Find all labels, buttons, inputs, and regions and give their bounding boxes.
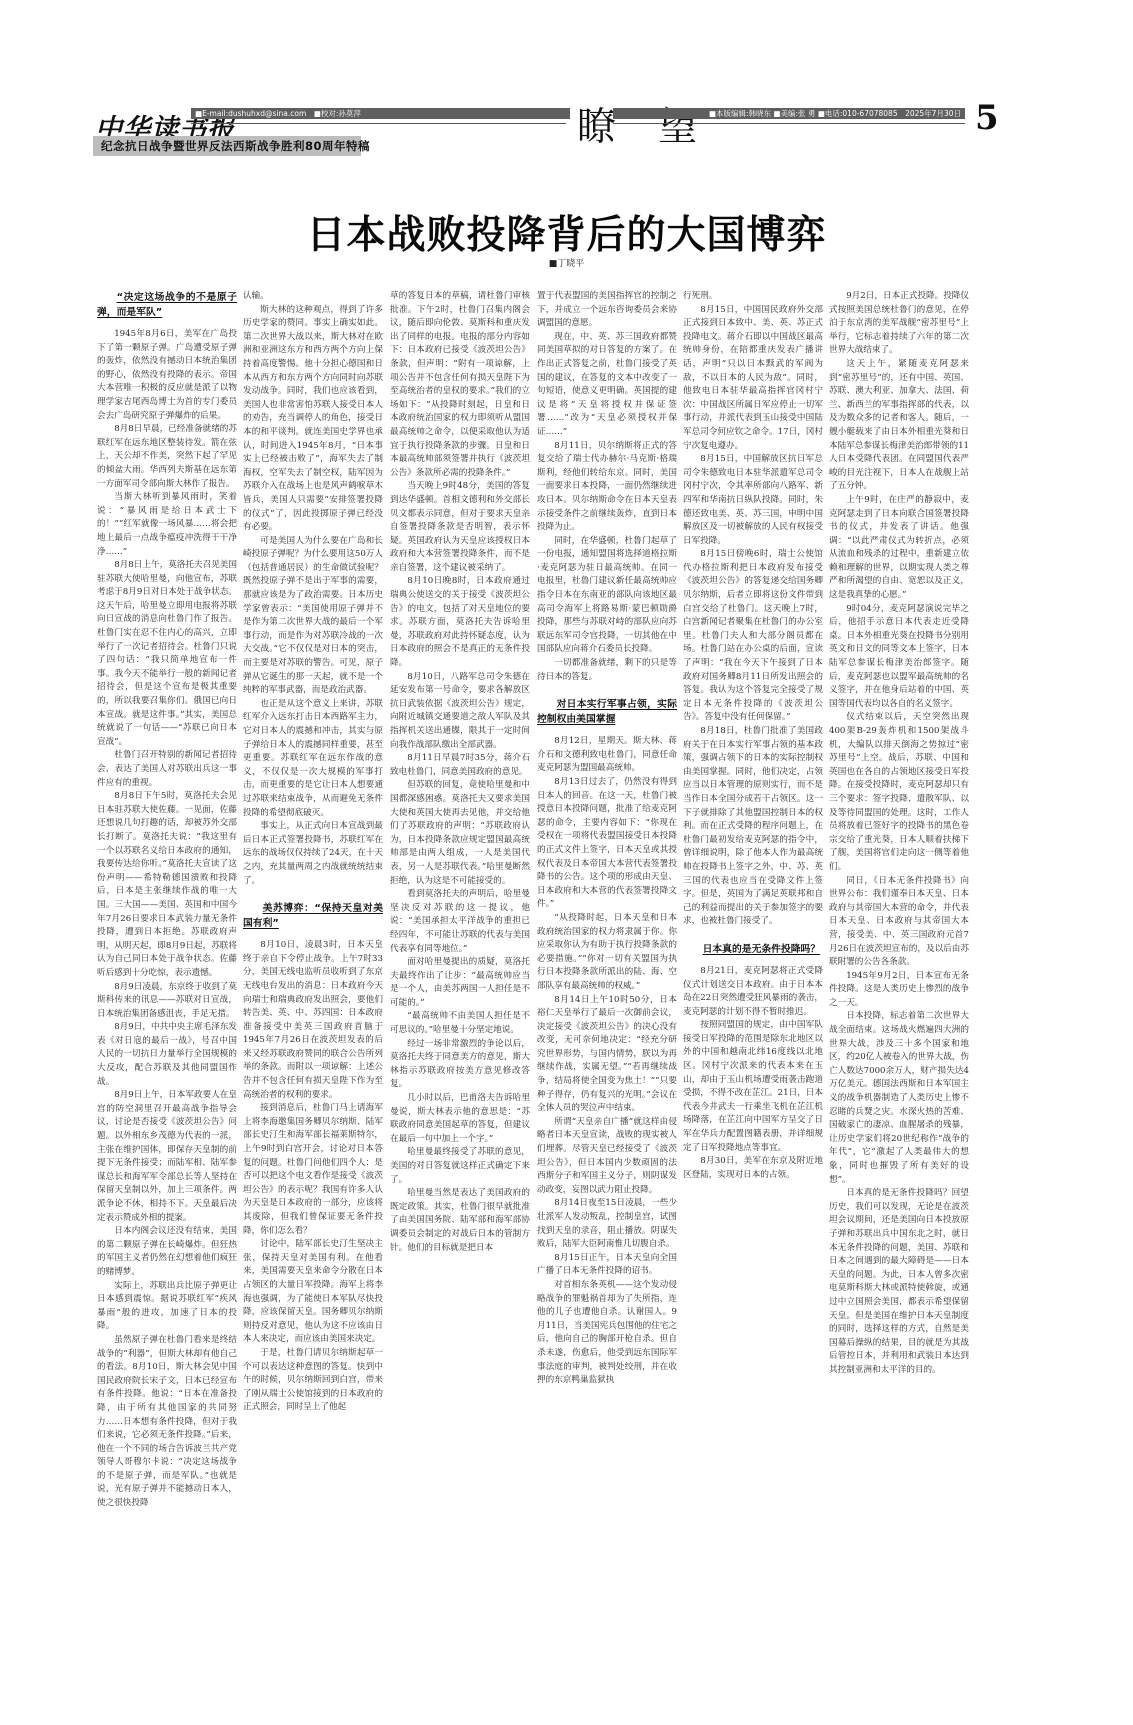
body-paragraph: 8月13日过去了，仍然没有得到日本人的回音。在这一天，杜鲁门被授意日本投降问题，… bbox=[537, 776, 677, 912]
body-paragraph: 认输。 bbox=[243, 290, 383, 304]
editor-bar: ■本版编辑:韩晓东 ■美编:张 勇 ■电话:010-67078085 2025年… bbox=[613, 108, 965, 119]
body-paragraph: 置于代表盟国的美国指挥官的控制之下，并成立一个远东咨询委员会来协调盟国的意愿。 bbox=[537, 290, 677, 331]
text-column-1: “决定这场战争的不是原子弹，而是军队”1945年8月6日，美军在广岛投下了第一颗… bbox=[97, 290, 237, 1620]
section-heading: 对日本实行军事占领，实际控制权由美国掌握 bbox=[537, 697, 677, 727]
body-paragraph: 哈里曼最终接受了苏联的意见，美国的对日答复就这样正式确定下来了。 bbox=[390, 1146, 530, 1187]
body-paragraph: 杜鲁门召开特别的新闻记者招待会，表达了美国人对苏联出兵这一事件应有的重视。 bbox=[97, 749, 237, 790]
section-heading: 美苏博弈：“保持天皇对美国有利” bbox=[243, 901, 383, 931]
text-column-6: 9月2日，日本正式投降。投降仪式按照美国总统杜鲁门的意见，在停泊于东京湾的美军战… bbox=[829, 290, 969, 1620]
body-paragraph: 8月9日上午，日本军政要人在皇宫的防空洞里召开最高战争指导会议，讨论是否接受《波… bbox=[97, 1089, 237, 1225]
body-paragraph: 对首相东条英机——这个发动侵略战争的罪魁祸首却为了失所指，连他的儿子也遭他自杀。… bbox=[537, 1279, 677, 1388]
body-paragraph: 9月2日，日本正式投降。投降仪式按照美国总统杜鲁门的意见，在停泊于东京湾的美军战… bbox=[829, 290, 969, 358]
contact-bar: ■E-mail:dushuhxd@sina.com ■校对:孙莫萍 bbox=[191, 108, 570, 119]
body-paragraph: 一切都准备就绪，剩下的只是等待日本的答复。 bbox=[537, 657, 677, 684]
text-column-3: 草的答复日本的草稿，请杜鲁门审核批准。下午2时，杜鲁门召集内阁会议，随后即向伦敦… bbox=[390, 290, 530, 1620]
body-paragraph: 日本真的是无条件投降吗？回望历史，我们可以发现，无论是在波茨坦会议期间，还是美国… bbox=[829, 1187, 969, 1377]
body-paragraph: 8月15日，中国解放区抗日军总司令朱德致电日本驻华派遣军总司令冈村宁次，令其率所… bbox=[683, 453, 823, 548]
body-paragraph: 当斯大林听到暴风雨时，笑着说：“暴风雨是给日本武士下的！”“红军就像一场风暴……… bbox=[97, 491, 237, 559]
section-heading: 日本真的是无条件投降吗？ bbox=[683, 942, 823, 957]
body-paragraph: 8月30日，美军在东京及附近地区登陆，实现对日本的占领。 bbox=[683, 1155, 823, 1182]
body-paragraph: 8月8日上午，莫洛托夫召见美国驻苏联大使哈里曼，向他宣布，苏联考虑于8月9日对日… bbox=[97, 559, 237, 749]
body-paragraph: 讨论中，陆军部长史汀生坚决主张，保持天皇对美国有利。在他看来，美国需要天皇来命令… bbox=[243, 1238, 383, 1347]
body-paragraph: 1945年8月6日，美军在广岛投下了第一颗原子弹。广岛遭受原子弹的轰炸，依然没有… bbox=[97, 328, 237, 423]
page-number: 5 bbox=[975, 98, 999, 138]
body-paragraph: 几小时以后，巴甫洛夫告诉哈里曼说，斯大林表示他的意思是：“苏联政府同意美国起草的… bbox=[390, 1092, 530, 1146]
body-paragraph: 日本投降，标志着第二次世界大战全面结束。这场战火燃遍四大洲的世界大战，涉及三十多… bbox=[829, 1010, 969, 1187]
body-paragraph: 按照同盟国的规定，由中国军队接受日军投降的范围是除东北地区以外的中国和越南北纬1… bbox=[683, 1019, 823, 1155]
article-body: “决定这场战争的不是原子弹，而是军队”1945年8月6日，美军在广岛投下了第一颗… bbox=[97, 290, 1035, 1620]
body-paragraph: 面对哈里曼提出的质疑，莫洛托夫最终作出了让步：“最高统帅应当是一个人，由美苏两国… bbox=[390, 956, 530, 1010]
body-paragraph: 8月10日，凌晨3时，日本天皇终于亲自下令停止战争。上午7时33分，美国无线电监… bbox=[243, 939, 383, 1102]
body-paragraph: 现在，中、英、苏三国政府都赞同美国草拟的对日答复的方案了。在作出正式答复之前，杜… bbox=[537, 331, 677, 440]
body-paragraph: 8月9日凌晨，东京终于收到了莫斯科传来的讯息——苏联对日宣战，日本统治集团备感沮… bbox=[97, 981, 237, 1022]
body-paragraph: 8月8日早晨，已经准备就绪的苏联红军在远东地区整装待发。箭在弦上，天公却不作美，… bbox=[97, 423, 237, 491]
section-heading: “决定这场战争的不是原子弹，而是军队” bbox=[97, 290, 237, 320]
body-paragraph: 看到莫洛托夫的声明后，哈里曼坚决反对苏联的这一提议，他说：“美国承担太平洋战争的… bbox=[390, 888, 530, 956]
rule-divider bbox=[613, 123, 965, 124]
body-paragraph: 经过一场非常激烈的争论以后，莫洛托夫终于同意美方的意见，斯大林指示苏联政府按美方… bbox=[390, 1038, 530, 1092]
body-paragraph: 8月14日上午10时50分，日本裕仁天皇举行了最后一次御前会议，决定接受《波茨坦… bbox=[537, 994, 677, 1116]
body-paragraph: 8月8日下午5时，莫洛托夫会见日本驻苏联大使佐藤。一见面，佐藤还想说几句打趣的话… bbox=[97, 790, 237, 980]
body-paragraph: 事实上，从正式向日本宣战到最后日本正式签署投降书，苏联红军在远东的战场仅仅持续了… bbox=[243, 820, 383, 888]
body-paragraph: 8月21日，麦克阿瑟将正式受降仪式计划送交日本政府。由于日本本岛在22日突然遭受… bbox=[683, 965, 823, 1019]
body-paragraph: 8月12日，星期天。斯大林、蒋介石和文德利致电杜鲁门，同意任命麦克阿瑟为盟国最高… bbox=[537, 735, 677, 776]
body-paragraph: 斯大林的这种观点，得到了许多历史学家的赞同。事实上确实如此。第二次世界大战以来，… bbox=[243, 304, 383, 535]
body-paragraph: 所谓“天皇亲自广播”就这样由侵略者日本天皇宣读，战败的现实被人们埋葬。尽管天皇已… bbox=[537, 1116, 677, 1198]
body-paragraph: 同时，在华盛顿，杜鲁门起草了一份电报，通知盟国将选择道格拉斯·麦克阿瑟为驻日最高… bbox=[537, 535, 677, 657]
body-paragraph: 8月14日夜至15日凌晨，一些少壮派军人发动叛乱，控制皇宫，试图找到天皇的录音，… bbox=[537, 1197, 677, 1251]
body-paragraph: 但苏联的回复，竟使哈里曼和中国都深感困惑。莫洛托夫又要求美国大使和英国大使再去见… bbox=[390, 779, 530, 888]
body-paragraph: “从投降时起，日本天皇和日本政府统治国家的权力将隶属于你。你应采取你认为有助于执… bbox=[537, 912, 677, 994]
rule-divider bbox=[191, 123, 566, 124]
body-paragraph: 8月9日，中共中央主席毛泽东发表《对日寇的最后一战》，号召中国人民的一切抗日力量… bbox=[97, 1021, 237, 1089]
body-paragraph: 上午9时，在庄严的静寂中，麦克阿瑟走到了日本向联合国签署投降书的仪式，并发表了讲… bbox=[829, 494, 969, 603]
body-paragraph: 接到消息后，杜鲁门马上请海军上将李海邀集国务卿贝尔纳斯、陆军部长史汀生和海军部长… bbox=[243, 1102, 383, 1238]
body-paragraph: 虽然原子弹在杜鲁门看来是终结战争的“利器”，但斯大林却有他自己的看法。8月10日… bbox=[97, 1334, 237, 1511]
article-headline: 日本战败投降背后的大国博弈 bbox=[0, 204, 1133, 260]
text-column-2: 认输。斯大林的这种观点，得到了许多历史学家的赞同。事实上确实如此。第二次世界大战… bbox=[243, 290, 383, 1620]
body-paragraph: 8月15日，中国国民政府外交部正式接到日本致中、美、英、苏正式投降电文。蒋介石即… bbox=[683, 304, 823, 454]
body-paragraph: 8月10日晚8时，日本政府通过瑞典公使送交的关于接受《波茨坦公告》的电文，包括了… bbox=[390, 575, 530, 670]
body-paragraph: 8月15日正午，日本天皇向全国广播了日本无条件投降的诏书。 bbox=[537, 1252, 677, 1279]
body-paragraph: 8月15日傍晚6时，瑞士公使馆代办格拉斯利把日本政府发布接受《波茨坦公告》的答复… bbox=[683, 548, 823, 725]
body-paragraph: 这天上午，紧随麦克阿瑟来到“密苏里号”的，还有中国、英国、苏联、澳大利亚、加拿大… bbox=[829, 358, 969, 494]
body-paragraph: 日本内阁会议还没有结束，美国的第二颗原子弹在长崎爆炸。但狂热的军国主义者仍然在幻… bbox=[97, 1225, 237, 1279]
section-title: 瞭望 bbox=[577, 96, 739, 152]
body-paragraph: 8月11日，贝尔纳斯将正式的答复交给了瑞士代办赫尔·马克斯·格瑞斯利，经他们转给… bbox=[537, 440, 677, 535]
body-paragraph: 1945年9月2日，日本宣布无条件投降。这是人类历史上惨烈的战争之一天。 bbox=[829, 970, 969, 1011]
body-paragraph: 行死刑。 bbox=[683, 290, 823, 304]
body-paragraph: 可是美国人为什么要在广岛和长崎投原子弹呢？为什么要用这50万人（包括普通居民）的… bbox=[243, 535, 383, 698]
body-paragraph: 草的答复日本的草稿，请杜鲁门审核批准。下午2时，杜鲁门召集内阁会议，随后即向伦敦… bbox=[390, 290, 530, 480]
body-paragraph: 也正是从这个意义上来讲，苏联红军介入远东打击日本西路军主力，它对日本人的震撼和冲… bbox=[243, 698, 383, 820]
body-paragraph: 8月11日早晨7时35分，蒋介石致电杜鲁门，同意美国政府的意见。 bbox=[390, 752, 530, 779]
body-paragraph: 9时04分，麦克阿瑟演说完毕之后，他招手示意日本代表走近受降桌。日本外相重光葵在… bbox=[829, 603, 969, 712]
article-byline: ■丁晓平 bbox=[0, 256, 1133, 269]
text-column-4: 置于代表盟国的美国指挥官的控制之下，并成立一个远东咨询委员会来协调盟国的意愿。现… bbox=[537, 290, 677, 1620]
body-paragraph: 当天晚上9时48分，美国的答复到达华盛顿。首相文德利和外交部长贝文都表示同意，但… bbox=[390, 480, 530, 575]
body-paragraph: 仪式结束以后，天空突然出现400架B-29轰炸机和1500架战斗机，大编队以排天… bbox=[829, 711, 969, 874]
body-paragraph: 8月18日，杜鲁门批准了美国政府关于在日本实行军事占领的基本政策，强调占领下的日… bbox=[683, 725, 823, 929]
text-column-5: 行死刑。8月15日，中国国民政府外交部正式接到日本致中、美、英、苏正式投降电文。… bbox=[683, 290, 823, 1620]
body-paragraph: 哈里曼当然是表达了美国政府的既定政策。其实，杜鲁门很早就批准了由美国国务院、陆军… bbox=[390, 1187, 530, 1255]
body-paragraph: “最高统帅不由美国人担任是不可思议的。”哈里曼十分坚定地说。 bbox=[390, 1010, 530, 1037]
body-paragraph: 于是，杜鲁门请贝尔纳斯起草一个可以表达这种意图的答复。快到中午的时候，贝尔纳斯回… bbox=[243, 1347, 383, 1415]
body-paragraph: 实际上，苏联出兵比原子弹更让日本感到震惊。据说苏联红军“疾风暴雨”般的进攻，加速… bbox=[97, 1280, 237, 1334]
body-paragraph: 同日，《日本无条件投降书》向世界公布：我们谨奉日本天皇、日本政府与其帝国大本营的… bbox=[829, 875, 969, 970]
body-paragraph: 8月10日，八路军总司令朱德在延安发布第一号命令，要求各解放区抗日武装依据《波茨… bbox=[390, 671, 530, 753]
special-feature-banner: 纪念抗日战争暨世界反法西斯战争胜利80周年特稿 bbox=[93, 136, 361, 156]
